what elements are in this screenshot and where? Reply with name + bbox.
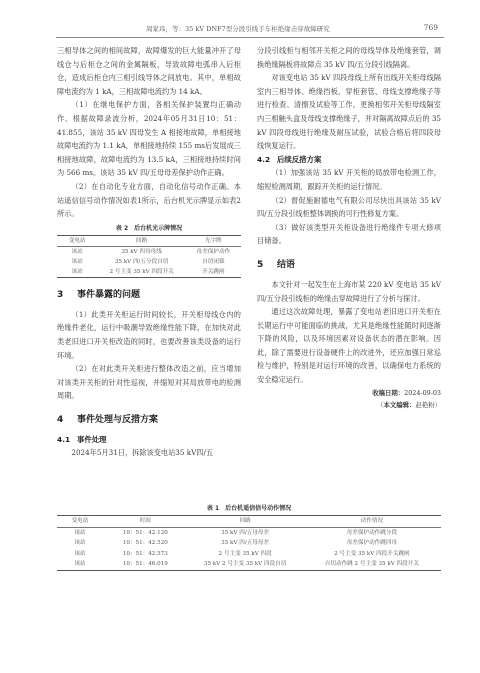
subsection-heading: 4.1事件处理 bbox=[57, 433, 241, 447]
table-cell: 自切闭锁 bbox=[186, 257, 241, 267]
table-cell: 2 号主变 35 kV 四段开关 bbox=[97, 267, 185, 278]
section-heading: 5结语 bbox=[257, 258, 441, 272]
section-title: 事件暴露的问题 bbox=[77, 290, 140, 300]
table-header-cell: 动作情况 bbox=[303, 516, 441, 528]
table-cell: 35 kV 四母母线 bbox=[97, 246, 185, 257]
paragraph: （1）此类开关柜运行时间较长，开关柜母线仓内的绝缘件老化，运行中吸潮导致绝缘性能… bbox=[57, 308, 241, 362]
page-header: 周家玮，等：35 kV DNF7型分段引线手车柜绝缘击穿故障研究 769 bbox=[56, 24, 444, 38]
subsection-title: 事件处理 bbox=[77, 435, 107, 444]
table-cell: 该站 bbox=[57, 257, 97, 267]
table-cell: 10：51：42.520 bbox=[103, 538, 187, 549]
table-header-cell: 变电站 bbox=[57, 235, 97, 246]
table-1-block: 表 1 后台机遥信信号动作情况 变电站 时间 回路 动作情况 该站 10：51：… bbox=[57, 501, 441, 571]
paragraph: （2）在自动化专业方面，自动化信号动作正确。本站遥信信号动作情况如表1所示，后台… bbox=[57, 180, 241, 221]
subsection-title: 后续反措方案 bbox=[277, 155, 321, 164]
page-number: 769 bbox=[424, 23, 438, 32]
paragraph: 本文针对一起发生在上海市某 220 kV 变电站 35 kV 四/五分段引线柜的… bbox=[257, 278, 441, 305]
paragraph: 分段引线柜与相邻开关柜之间的母线导体及绝缘套管，调换绝缘隔板将故障点 35 kV… bbox=[257, 44, 441, 71]
section-heading: 3事件暴露的问题 bbox=[57, 288, 241, 302]
table-header-cell: 时间 bbox=[103, 516, 187, 528]
table-2: 变电站 间路 光字牌 该站 35 kV 四母母线 母差保护动作 该站 35 kV… bbox=[57, 235, 241, 278]
table-header-cell: 间路 bbox=[97, 235, 185, 246]
section-number: 4 bbox=[57, 413, 77, 427]
table-cell: 该站 bbox=[57, 527, 103, 538]
table-cell: 开关跳闸 bbox=[186, 267, 241, 278]
paragraph: 2024年5月31日，拆除该变电站35 kV四/五 bbox=[57, 446, 241, 460]
table-row: 该站 2 号主变 35 kV 四段开关 开关跳闸 bbox=[57, 267, 241, 278]
editor-name: 赵艳粉 bbox=[415, 401, 434, 409]
table-cell: 35 kV 四/五母母差 bbox=[188, 538, 303, 549]
table-header-cell: 光字牌 bbox=[186, 235, 241, 246]
left-column: 三相导体之间的相间故障，故障爆发的巨大能量冲开了母线仓与后柜仓之间的金属隔板，导… bbox=[57, 44, 241, 460]
received-label: 收稿日期： bbox=[372, 389, 404, 397]
paragraph: （2）督促施耐德电气有限公司尽快出具该站 35 kV 四/五分段引线柜整体调换的… bbox=[257, 194, 441, 221]
table-cell: 该站 bbox=[57, 538, 103, 549]
table-1-caption: 表 1 后台机遥信信号动作情况 bbox=[57, 503, 441, 515]
table-cell: 10：51：42.573 bbox=[103, 549, 187, 560]
table-cell: 该站 bbox=[57, 246, 97, 257]
table-header-cell: 回路 bbox=[188, 516, 303, 528]
table-header-row: 变电站 时间 回路 动作情况 bbox=[57, 516, 441, 528]
paragraph: （3）做好该类型开关柜设备进行绝缘件专项大修项目储备。 bbox=[257, 221, 441, 248]
table-row: 该站 35 kV 四/五分段自切 自切闭锁 bbox=[57, 257, 241, 267]
table-cell: 自切动作跳 2 号主变 35 kV 四段开关 bbox=[303, 559, 441, 570]
paragraph: （1）加强该站 35 kV 开关柜的局放带电检测工作，缩短检测周期，跟踪开关柜的… bbox=[257, 166, 441, 193]
table-row: 该站 10：51：46.019 35 kV 2 号主变 35 kV 四段自切 自… bbox=[57, 559, 441, 570]
table-row: 该站 35 kV 四母母线 母差保护动作 bbox=[57, 246, 241, 257]
section-heading: 4事件处理与反措方案 bbox=[57, 413, 241, 427]
editor-label: 本文编辑： bbox=[383, 401, 415, 409]
table-row: 该站 10：51：42.573 2 号主变 35 kV 四段 2 号主变 35 … bbox=[57, 549, 441, 560]
paragraph: 对该变电站 35 kV 四段母线上所有出线开关柜母线隔室内三相导体、绝缘挡板、穿… bbox=[257, 71, 441, 153]
table-header-row: 变电站 间路 光字牌 bbox=[57, 235, 241, 246]
subsection-number: 4.1 bbox=[57, 433, 77, 447]
table-cell: 该站 bbox=[57, 559, 103, 570]
paragraph: （1）在继电保护方面，各相关保护装置均正确动作。根据故障录波分析，2024年05… bbox=[57, 98, 241, 180]
table-cell: 2 号主变 35 kV 四段 bbox=[188, 549, 303, 560]
received-date-line: 收稿日期：2024-09-03 bbox=[257, 387, 441, 399]
table-row: 该站 10：51：42.520 35 kV 四/五母母差 母差保护动作跳四母 bbox=[57, 538, 441, 549]
table-row: 该站 10：51：42.120 35 kV 四/五母母差 母差保护动作跳分段 bbox=[57, 527, 441, 538]
paragraph: 通过这次故障处理，暴露了变电站老旧进口开关柜在长期运行中可能面临的挑战，尤其是绝… bbox=[257, 305, 441, 387]
table-cell: 该站 bbox=[57, 267, 97, 278]
section-title: 事件处理与反措方案 bbox=[77, 415, 158, 425]
table-cell: 母差保护动作 bbox=[186, 246, 241, 257]
table-header-cell: 变电站 bbox=[57, 516, 103, 528]
table-cell: 10：51：46.019 bbox=[103, 559, 187, 570]
table-cell: 10：51：42.120 bbox=[103, 527, 187, 538]
table-cell: 该站 bbox=[57, 549, 103, 560]
paragraph: （2）在对此类开关柜进行整体改造之前，应当增加对该类开关柜的针对性巡视，并缩短对… bbox=[57, 362, 241, 403]
section-number: 3 bbox=[57, 288, 77, 302]
table-cell: 母差保护动作跳分段 bbox=[303, 527, 441, 538]
table-1: 变电站 时间 回路 动作情况 该站 10：51：42.120 35 kV 四/五… bbox=[57, 515, 441, 571]
table-cell: 2 号主变 35 kV 四段开关跳闸 bbox=[303, 549, 441, 560]
editor-line: （本文编辑：赵艳粉） bbox=[257, 399, 441, 411]
received-date: 2024-09-03 bbox=[404, 389, 441, 397]
running-title: 周家玮，等：35 kV DNF7型分段引线手车柜绝缘击穿故障研究 bbox=[146, 24, 330, 33]
section-number: 5 bbox=[257, 258, 277, 272]
table-cell: 35 kV 四/五母母差 bbox=[188, 527, 303, 538]
subsection-number: 4.2 bbox=[257, 153, 277, 167]
section-title: 结语 bbox=[277, 260, 295, 270]
table-cell: 35 kV 2 号主变 35 kV 四段自切 bbox=[188, 559, 303, 570]
subsection-heading: 4.2后续反措方案 bbox=[257, 153, 441, 167]
right-column: 分段引线柜与相邻开关柜之间的母线导体及绝缘套管，调换绝缘隔板将故障点 35 kV… bbox=[257, 44, 441, 411]
table-cell: 母差保护动作跳四母 bbox=[303, 538, 441, 549]
paragraph: 三相导体之间的相间故障，故障爆发的巨大能量冲开了母线仓与后柜仓之间的金属隔板，导… bbox=[57, 44, 241, 98]
table-cell: 35 kV 四/五分段自切 bbox=[97, 257, 185, 267]
table-2-caption: 表 2 后台机光示牌情况 bbox=[57, 223, 241, 235]
